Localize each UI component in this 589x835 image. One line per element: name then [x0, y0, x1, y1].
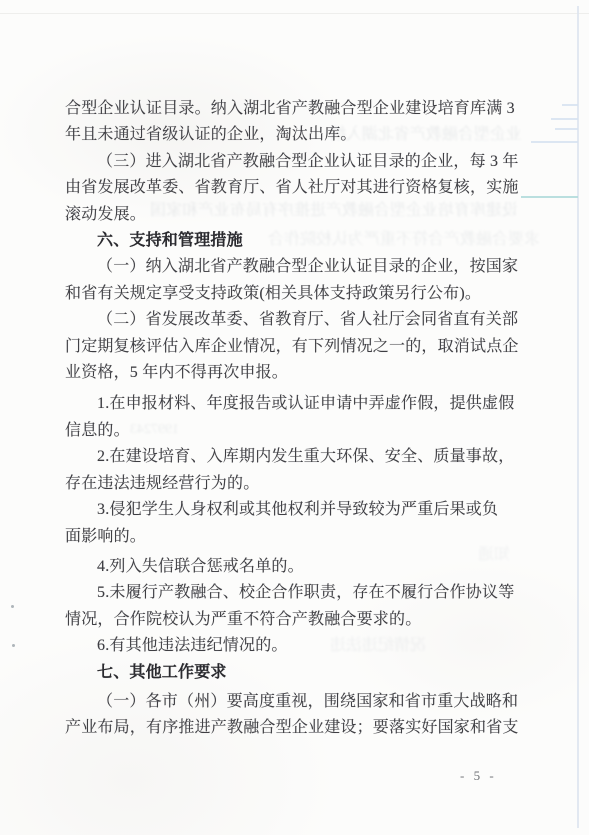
scan-tick-mark — [562, 104, 578, 106]
doc-line: 产业布局，有序推进产教融合型企业建设；要落实好国家和省支 — [65, 715, 525, 741]
doc-line: 3.侵犯学生人身权利或其他权利并导致较为严重后果或负 — [65, 497, 525, 523]
document-body: 合型企业认证目录。纳入湖北省产教融合型企业建设培育库满 3 年且未通过省级认证的… — [65, 96, 525, 742]
doc-line: 4.列入失信联合惩戒名单的。 — [65, 554, 525, 580]
doc-line: （一）纳入湖北省产教融合型企业认证目录的企业，按国家 — [65, 254, 525, 280]
doc-line: 业资格，5 年内不得再次申报。 — [65, 360, 525, 386]
doc-line: 6.有其他违法违纪情况的。 — [65, 633, 525, 659]
doc-line: （一）各市（州）要高度重视，围绕国家和省市重大战略和 — [65, 689, 525, 715]
doc-line: 5.未履行产教融合、校企合作职责，存在不履行合作协议等 — [65, 580, 525, 606]
doc-line: 面影响的。 — [65, 524, 525, 550]
doc-line: 滚动发展。 — [65, 202, 525, 228]
scan-teal-line — [521, 196, 578, 198]
doc-line: 和省有关规定享受支持政策(相关具体支持政策另行公布)。 — [65, 281, 525, 307]
section-heading-7: 七、其他工作要求 — [65, 660, 525, 686]
section-heading-6: 六、支持和管理措施 — [65, 228, 525, 254]
document-page: 业企型合融教产省北湖入纳 设建库育培业企型合融教产进推序有局布业产和家国 求要合… — [0, 0, 589, 835]
scan-tick-mark — [551, 118, 578, 120]
doc-line: 合型企业认证目录。纳入湖北省产教融合型企业建设培育库满 3 — [65, 96, 525, 122]
scan-tick-mark — [531, 141, 578, 143]
scan-top-edge-line — [0, 13, 589, 14]
doc-line: 1.在申报材料、年度报告或认证申请中弄虚作假，提供虚假 — [65, 391, 525, 417]
ink-speck — [11, 605, 14, 608]
doc-line: 年且未通过省级认证的企业，淘汰出库。 — [65, 122, 525, 148]
doc-line: 由省发展改革委、省教育厅、省人社厅对其进行资格复核，实施 — [65, 175, 525, 201]
doc-line: 2.在建设培育、入库期内发生重大环保、安全、质量事故， — [65, 444, 525, 470]
scan-tick-mark — [555, 128, 578, 130]
doc-line: 门定期复核评估入库企业情况，有下列情况之一的，取消试点企 — [65, 334, 525, 360]
page-number: - 5 - — [460, 768, 497, 784]
doc-line: （二）省发展改革委、省教育厅、省人社厅会同省直有关部 — [65, 307, 525, 333]
ink-speck — [12, 644, 15, 647]
doc-line: 情况，合作院校认为严重不符合产教融合要求的。 — [65, 607, 525, 633]
doc-line: 存在违法违规经营行为的。 — [65, 471, 525, 497]
doc-line: （三）进入湖北省产教融合型企业认证目录的企业，每 3 年 — [65, 149, 525, 175]
doc-line: 信息的。 — [65, 418, 525, 444]
